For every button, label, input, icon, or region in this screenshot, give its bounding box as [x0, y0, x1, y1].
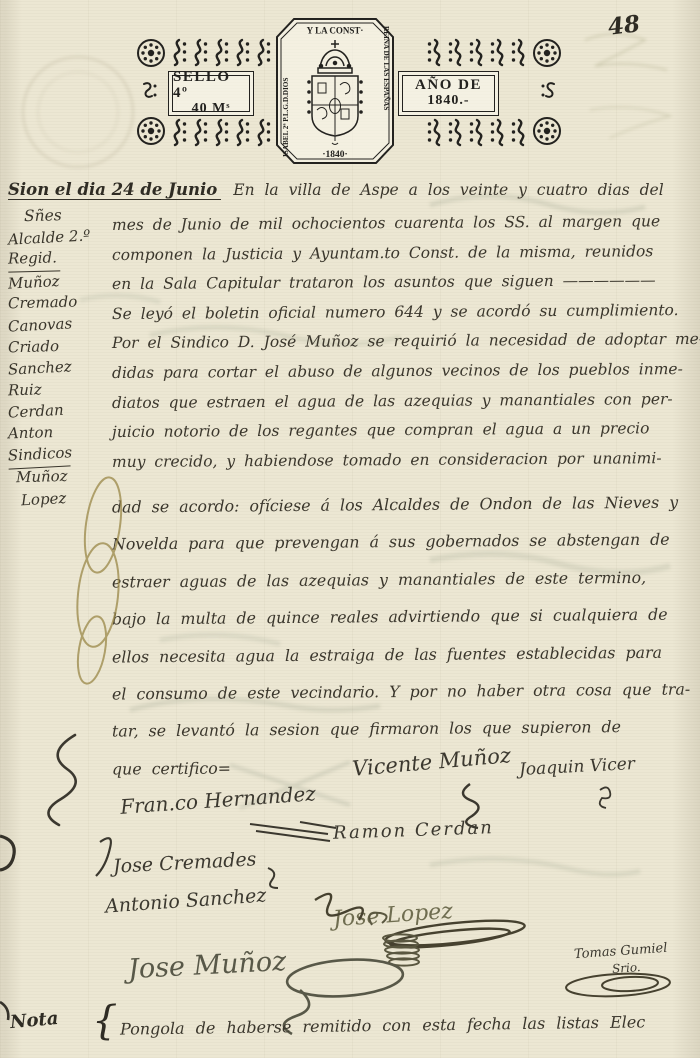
seal-text-bottom: ·1840· [322, 150, 347, 160]
body-paragraph-b: dad se acordo: ofíciese á los Alcaldes d… [112, 486, 694, 785]
margin-j-mark [96, 838, 111, 876]
signature: Antonio Sanchez [104, 884, 267, 917]
session-heading: Sion el dia 24 de Junio [8, 180, 221, 200]
manuscript-line: diatos que estraen el agua de las azequi… [112, 385, 694, 419]
stamp-class-box: SELLO 4º 40 Mˢ [168, 71, 254, 116]
opening-rest: En la villa de Aspe a los veinte y cuatr… [233, 181, 663, 199]
manuscript-page: 48 SELLO 4º 40 Mˢ AÑO DE 1840.- [0, 0, 700, 1058]
manuscript-line: Por el Sindico D. José Muñoz se requirió… [112, 325, 694, 359]
note-brace: { [92, 998, 117, 1044]
stamp-class-line2: 40 Mˢ [192, 102, 231, 117]
signature: Jose Lopez [332, 899, 453, 932]
margin-attendee: Regid. [8, 249, 61, 273]
signature: Jose Cremades [113, 848, 257, 877]
manuscript-line: componen la Justicia y Ayuntam.to Const.… [112, 237, 694, 271]
manuscript-line: Se leyó el boletin oficial numero 644 y … [112, 296, 694, 330]
manuscript-line: dad se acordo: ofíciese á los Alcaldes d… [112, 483, 694, 525]
note-edge-mark [0, 1002, 8, 1020]
seal-text-top: Y LA CONST· [307, 26, 364, 36]
manuscript-line: juicio notorio de los regantes que compr… [112, 414, 694, 448]
session-opening-line: Sion el dia 24 de JunioEn la villa de As… [8, 180, 696, 199]
manuscript-line: bajo la multa de quince reales advirtien… [112, 596, 694, 638]
stamp-year-line2: 1840.- [427, 94, 469, 109]
margin-attendees-list: SñesAlcalde 2.ºRegid.MuñozCremadoCanovas… [8, 206, 110, 510]
margin-attendee: Lopez [20, 486, 110, 512]
stamp-year-line1: AÑO DE [415, 78, 482, 94]
signature: Jose Muñoz [127, 946, 287, 985]
seal-text-right: REINA DE LAS ESPAÑAS [382, 26, 391, 110]
note-text: Pongola de haberse remitido con esta fec… [120, 1012, 645, 1038]
manuscript-line: didas para cortar el abuso de algunos ve… [112, 355, 694, 389]
manuscript-line: Novelda para que prevengan á sus goberna… [112, 521, 694, 563]
certify-flourish [48, 735, 75, 825]
margin-attendee: Sindicos [7, 443, 70, 469]
note-label: Nota [9, 1008, 59, 1033]
signature: Ramon Cerdan [333, 817, 494, 844]
manuscript-line: tar, se levantó la sesion que firmaron l… [112, 708, 694, 750]
left-edge-mark [0, 836, 14, 870]
revenue-stamp-header: SELLO 4º 40 Mˢ AÑO DE 1840.- Y LA CONST·… [0, 0, 700, 180]
margin-attendee: Muñoz [16, 466, 111, 490]
manuscript-line: muy crecido, y habiendose tomado en cons… [112, 444, 694, 478]
margin-attendee: Anton [8, 422, 111, 446]
seal-text-left: ISABEL 2ª P.L.G.D.DIOS [282, 78, 290, 157]
manuscript-line: mes de Junio de mil ochocientos cuarenta… [112, 207, 694, 241]
manuscript-line: estraer aguas de las azequias y manantia… [112, 558, 694, 600]
stamp-class-line1: SELLO 4º [173, 70, 249, 102]
body-paragraph-a: mes de Junio de mil ochocientos cuarenta… [112, 209, 694, 475]
rubric-hernandez [250, 822, 336, 841]
manuscript-line: el consumo de este vecindario. Y por no … [112, 670, 694, 712]
rubric-cremades [268, 868, 278, 888]
signature: Srio. [612, 960, 642, 976]
stamp-year-box: AÑO DE 1840.- [398, 71, 499, 116]
royal-seal-octagon: Y LA CONST· ISABEL 2ª P.L.G.D.DIOS REINA… [274, 16, 396, 166]
signature: Tomas Gumiel [574, 941, 668, 962]
rubric-joaquin [600, 787, 611, 808]
manuscript-line: en la Sala Capitular trataron los asunto… [112, 266, 694, 300]
manuscript-line: ellos necesita agua la estraiga de las f… [112, 633, 694, 675]
